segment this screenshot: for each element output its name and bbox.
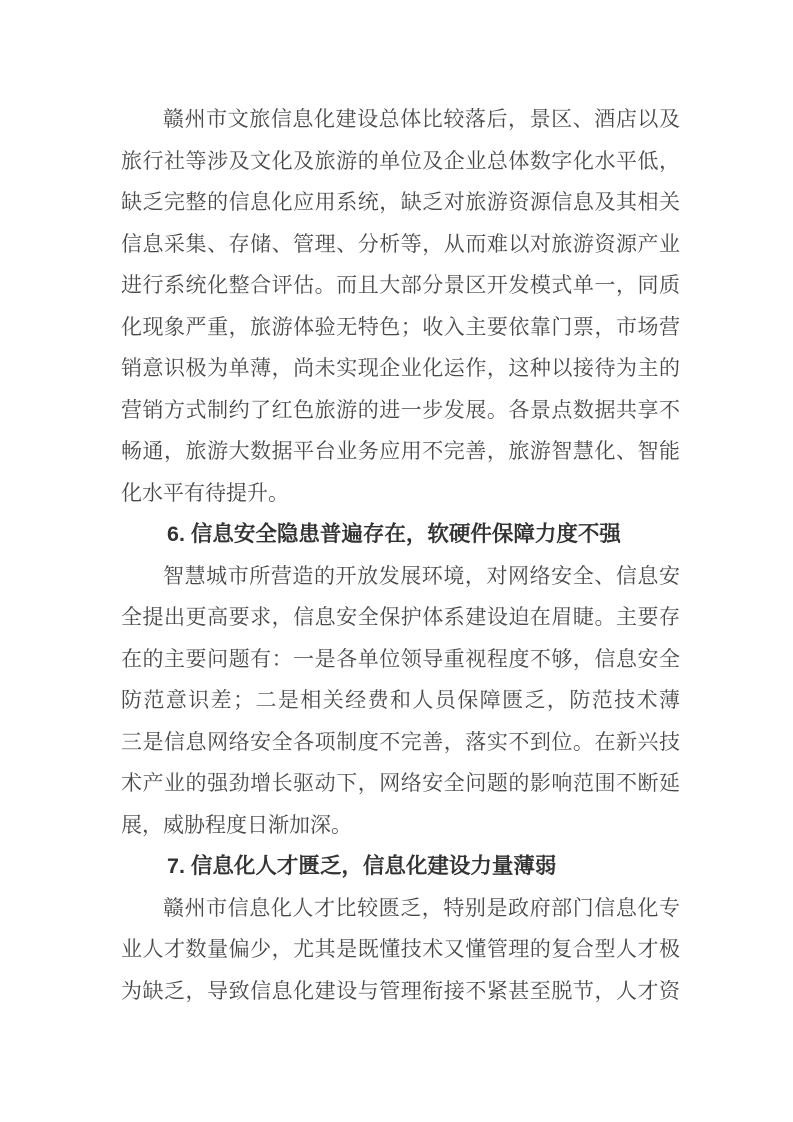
text-line: 赣州市文旅信息化建设总体比较落后，景区、酒店以及: [121, 99, 680, 141]
section-heading-6: 6. 信息安全隐患普遍存在，软硬件保障力度不强: [121, 514, 680, 556]
section-heading-7: 7. 信息化人才匮乏，信息化建设力量薄弱: [121, 846, 680, 888]
text-line: 缺乏完整的信息化应用系统，缺乏对旅游资源信息及其相关: [121, 182, 680, 224]
paragraph-culture-tourism-informatization: 赣州市文旅信息化建设总体比较落后，景区、酒店以及 旅行社等涉及文化及旅游的单位及…: [121, 99, 680, 514]
text-line: 旅行社等涉及文化及旅游的单位及企业总体数字化水平低，: [121, 141, 680, 183]
text-line: 信息采集、存储、管理、分析等，从而难以对旅游资源产业: [121, 224, 680, 266]
text-line: 为缺乏，导致信息化建设与管理衔接不紧甚至脱节，人才资: [121, 971, 680, 1013]
text-line: 销意识极为单薄，尚未实现企业化运作，这种以接待为主的: [121, 348, 680, 390]
text-line: 术产业的强劲增长驱动下，网络安全问题的影响范围不断延: [121, 763, 680, 805]
text-line: 智慧城市所营造的开放发展环境，对网络安全、信息安: [121, 556, 680, 598]
text-line: 化水平有待提升。: [121, 473, 680, 515]
text-line: 防范意识差；二是相关经费和人员保障匮乏，防范技术薄弱；: [121, 680, 680, 722]
text-line: 三是信息网络安全各项制度不完善，落实不到位。在新兴技: [121, 722, 680, 764]
document-body: 赣州市文旅信息化建设总体比较落后，景区、酒店以及 旅行社等涉及文化及旅游的单位及…: [121, 99, 680, 1012]
paragraph-informatization-talent: 赣州市信息化人才比较匮乏，特别是政府部门信息化专 业人才数量偏少，尤其是既懂技术…: [121, 888, 680, 1013]
paragraph-information-security: 智慧城市所营造的开放发展环境，对网络安全、信息安 全提出更高要求，信息安全保护体…: [121, 556, 680, 847]
text-line: 化现象严重，旅游体验无特色；收入主要依靠门票，市场营: [121, 307, 680, 349]
text-line: 展，威胁程度日渐加深。: [121, 805, 680, 847]
text-line: 营销方式制约了红色旅游的进一步发展。各景点数据共享不: [121, 390, 680, 432]
text-line: 进行系统化整合评估。而且大部分景区开发模式单一，同质: [121, 265, 680, 307]
text-line: 畅通，旅游大数据平台业务应用不完善，旅游智慧化、智能: [121, 431, 680, 473]
text-line: 全提出更高要求，信息安全保护体系建设迫在眉睫。主要存: [121, 597, 680, 639]
text-line: 在的主要问题有：一是各单位领导重视程度不够，信息安全: [121, 639, 680, 681]
document-page: 赣州市文旅信息化建设总体比较落后，景区、酒店以及 旅行社等涉及文化及旅游的单位及…: [0, 0, 793, 1122]
text-line: 赣州市信息化人才比较匮乏，特别是政府部门信息化专: [121, 888, 680, 930]
text-line: 业人才数量偏少，尤其是既懂技术又懂管理的复合型人才极: [121, 929, 680, 971]
